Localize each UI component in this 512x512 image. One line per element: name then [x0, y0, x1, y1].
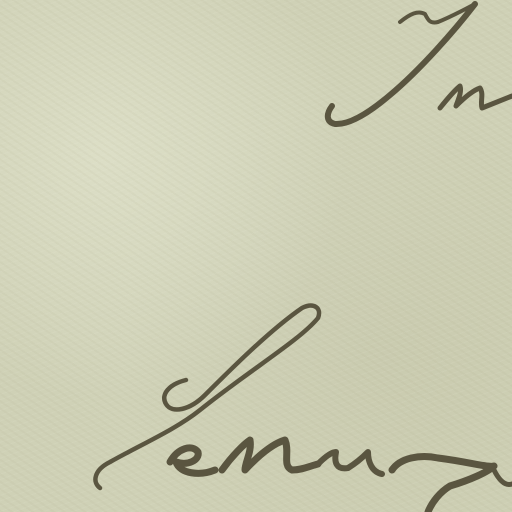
handwriting-strokes: [0, 0, 512, 512]
script-word-bottom: [95, 306, 512, 512]
script-word-top: [328, 4, 512, 124]
manuscript-page: In Seng: [0, 0, 512, 512]
